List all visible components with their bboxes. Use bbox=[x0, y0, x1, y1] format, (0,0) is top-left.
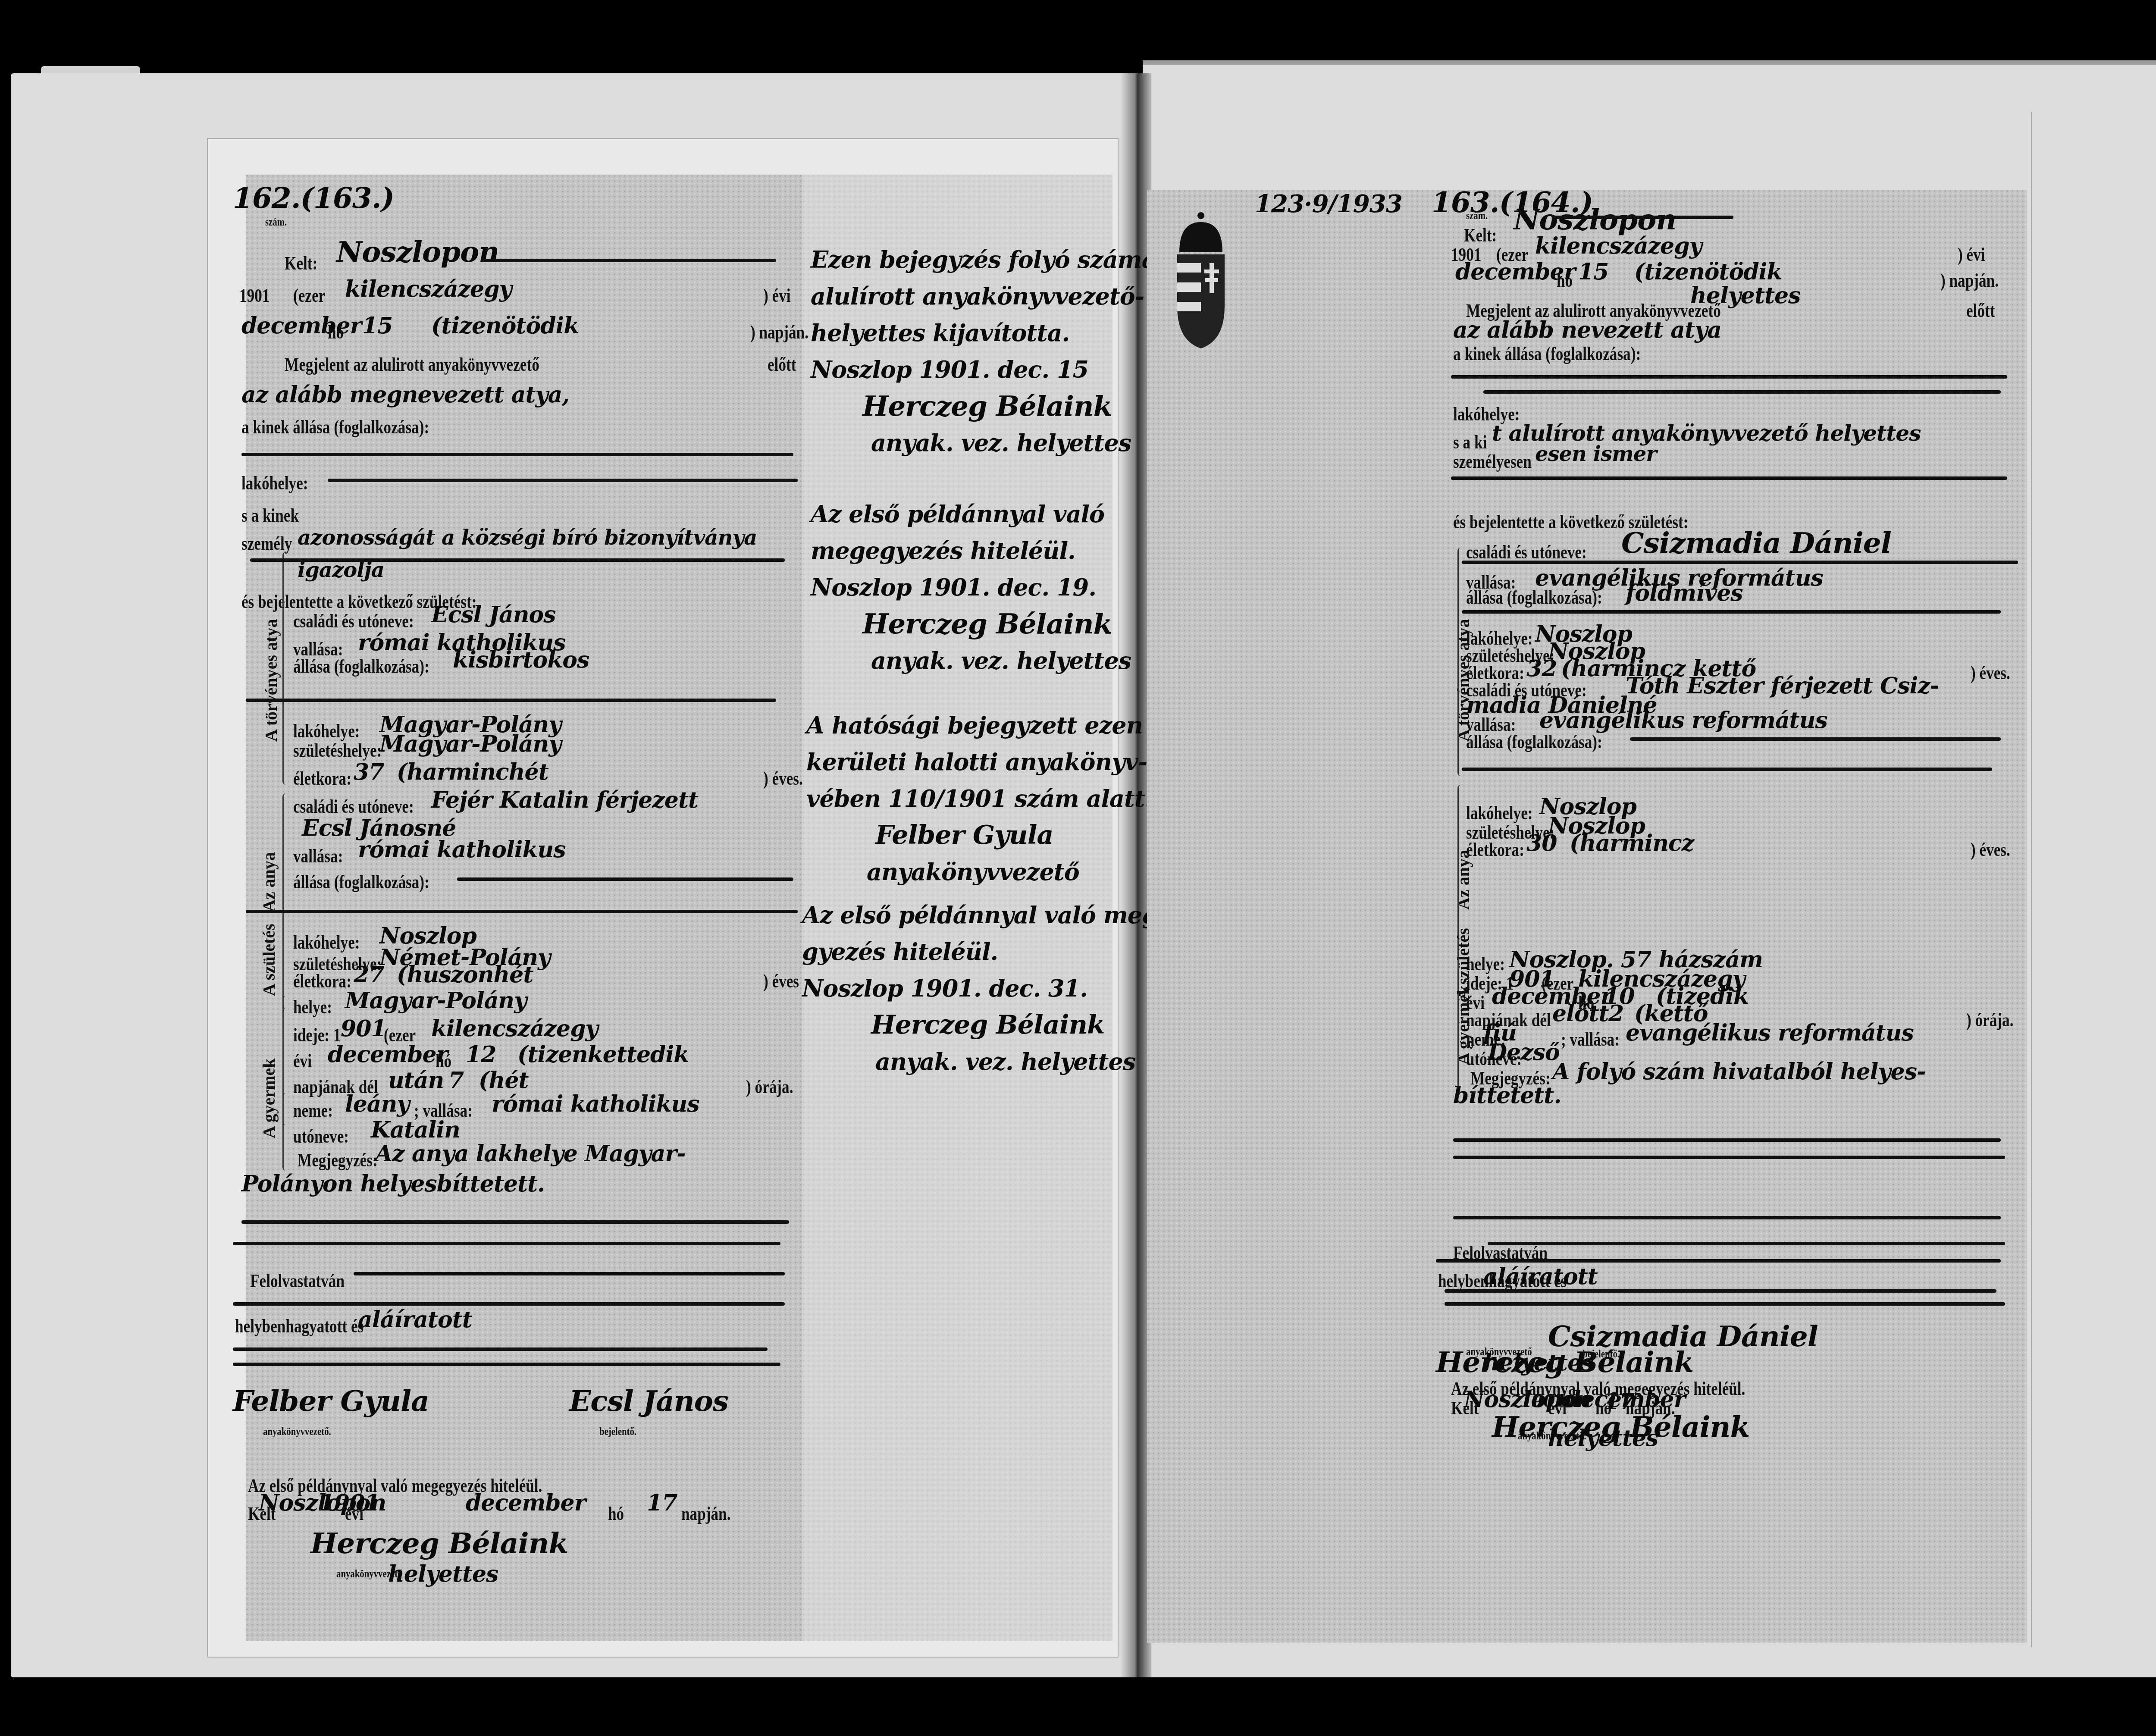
father-eves-label: ) éves. bbox=[763, 768, 803, 790]
cert-day: 17 bbox=[647, 1490, 677, 1516]
mother-age: 27 bbox=[354, 962, 384, 988]
cert-evi-label: évi bbox=[345, 1503, 364, 1525]
napjan-label: ) napján. bbox=[1940, 269, 1999, 291]
szemely-label: személyesen bbox=[1453, 451, 1532, 473]
father-name: Ecsl János bbox=[431, 602, 556, 628]
father-name-label: családi és utóneve: bbox=[293, 610, 414, 632]
child-religion-label: ; vallása: bbox=[1561, 1028, 1620, 1050]
kelt-label: Kelt: bbox=[285, 252, 317, 274]
elott-label: előtt bbox=[768, 354, 796, 376]
birth-place: Magyar-Polány bbox=[345, 987, 526, 1014]
birth-year: 901 bbox=[341, 1015, 386, 1042]
allasa-label: a kinek állása (foglalkozása): bbox=[1453, 343, 1641, 365]
mother-age-label: életkora: bbox=[293, 970, 351, 992]
mother-eves-label: ) éves. bbox=[1971, 839, 2010, 861]
birth-month: december bbox=[328, 1041, 448, 1068]
mother-eves-label: ) éves bbox=[763, 970, 799, 992]
father-birthplace: Magyar-Polány bbox=[379, 731, 561, 757]
mother-age-words: (huszonhét bbox=[397, 962, 533, 988]
informant-label: bejelentő. bbox=[599, 1425, 636, 1438]
cert-ho-label: hó bbox=[608, 1503, 624, 1525]
mother-name-label: családi és utóneve: bbox=[293, 796, 414, 818]
margin-note-4: Az első példánnyal való mege-gyezés hite… bbox=[802, 897, 1181, 1080]
mother-occupation-label: állása (foglalkozása): bbox=[293, 871, 429, 893]
father-residence-label: lakóhelye: bbox=[293, 720, 360, 742]
helyben-label: helybenhagyatott és bbox=[235, 1315, 364, 1337]
day-words: (tizenötödik bbox=[431, 313, 579, 339]
mother-name: Tóth Eszter férjezett Csiz- bbox=[1626, 673, 1939, 699]
remark-label: Megjegyzés: bbox=[298, 1149, 378, 1171]
birth-day: 12 bbox=[466, 1041, 496, 1068]
year-words: kilencszázegy bbox=[1535, 233, 1702, 259]
remark-text: Az anya lakhelye Magyar- bbox=[375, 1141, 686, 1167]
birth-dayperiod: előtt bbox=[1552, 1000, 1609, 1027]
remark-text-line2: Polányon helyesbíttetett. bbox=[241, 1171, 545, 1197]
mother-age-words: (harmincz bbox=[1570, 830, 1694, 856]
kelt-place: Noszlopon bbox=[336, 235, 499, 269]
birth-dayperiod: után bbox=[388, 1067, 444, 1094]
birth-section-label: A születés bbox=[259, 924, 279, 996]
day: 15 bbox=[1578, 259, 1608, 285]
informant-signature: Ecsl János bbox=[569, 1384, 728, 1418]
margin-note-1-signature: Herczeg Bélaink bbox=[811, 388, 1167, 425]
remark-text-line2: bíttetett. bbox=[1453, 1082, 1561, 1109]
right-sheet-edge bbox=[2031, 112, 2032, 1647]
helyben-value: aláíratott bbox=[1483, 1263, 1598, 1290]
ezer-label: (ezer bbox=[293, 285, 325, 307]
birth-oraja-label: ) órája. bbox=[1966, 1009, 2013, 1031]
birth-place-label: helye: bbox=[293, 996, 332, 1018]
megjelent-role: helyettes bbox=[1690, 282, 1800, 309]
archive-reference: 123·9/1933 bbox=[1255, 190, 1402, 218]
evi-label: ) évi bbox=[1958, 244, 1985, 266]
margin-note-2-signature: Herczeg Bélaink bbox=[811, 606, 1131, 642]
child-sex-label: neme: bbox=[293, 1100, 333, 1122]
cert-napjan-label: napján. bbox=[681, 1503, 730, 1525]
child-section-label: A gyermek bbox=[259, 1058, 279, 1138]
coat-of-arms-icon bbox=[1175, 211, 1257, 349]
registrar-label: anyakönyvvezető. bbox=[263, 1425, 331, 1438]
mother-residence-label: lakóhelye: bbox=[1466, 802, 1532, 824]
megjelent-label: Megjelent az alulirott anyakönyvvezető bbox=[285, 354, 539, 376]
margin-note-3: A hatósági bejegyzett ezenkerületi halot… bbox=[806, 707, 1153, 890]
mother-religion: evangélikus református bbox=[1539, 707, 1827, 733]
birth-hour: 7 bbox=[448, 1067, 464, 1094]
birth-oraja-label: ) órája. bbox=[746, 1076, 793, 1098]
felolvastatvan-label: Felolvastatván bbox=[250, 1270, 345, 1292]
ho-label: hó bbox=[328, 321, 344, 343]
father-eves-label: ) éves. bbox=[1971, 662, 2010, 684]
szam-label: szám. bbox=[1466, 209, 1488, 222]
cert-signature-role: helyettes bbox=[1548, 1425, 1658, 1451]
appeared-person: az alább nevezett atya bbox=[1453, 317, 1721, 343]
szam-label: szám. bbox=[265, 216, 287, 229]
kelt-label: Kelt: bbox=[1464, 224, 1497, 246]
mother-age: 30 bbox=[1526, 830, 1557, 856]
father-name-label: családi és utóneve: bbox=[1466, 541, 1587, 563]
cert-month: december bbox=[466, 1490, 586, 1516]
father-name: Csizmadia Dániel bbox=[1621, 526, 1891, 560]
registrar-signature: Felber Gyula bbox=[233, 1384, 429, 1418]
mother-age-label: életkora: bbox=[1466, 839, 1524, 861]
mother-occupation-label: állása (foglalkozása): bbox=[1466, 731, 1602, 753]
year-words: kilencszázegy bbox=[345, 276, 512, 302]
child-given-name: Dezső bbox=[1488, 1039, 1560, 1065]
birth-place-label: helye: bbox=[1466, 953, 1505, 975]
evi-label: ) évi bbox=[763, 285, 791, 307]
mother-religion-label: vallása: bbox=[293, 845, 343, 867]
registrar-role: helyettes bbox=[1483, 1350, 1593, 1376]
ho-label: hó bbox=[1557, 269, 1573, 291]
father-birthplace-label: születéshelye: bbox=[293, 740, 382, 761]
sakinek-label: s a ki bbox=[1453, 431, 1487, 453]
entry-number: 162.(163.) bbox=[233, 181, 394, 215]
lakohelye-label: lakóhelye: bbox=[241, 472, 308, 494]
child-religion: evangélikus református bbox=[1626, 1020, 1914, 1046]
margin-note-4-signature: Herczeg Bélaink bbox=[802, 1007, 1181, 1043]
father-occupation-label: állása (foglalkozása): bbox=[1466, 586, 1602, 608]
father-occupation: földmíves bbox=[1626, 580, 1743, 606]
father-age: 32 bbox=[1526, 655, 1557, 682]
helyben-value: aláíratott bbox=[358, 1307, 472, 1333]
child-sex: leány bbox=[345, 1091, 410, 1117]
father-age: 37 bbox=[354, 759, 384, 785]
napjan-label: ) napján. bbox=[750, 321, 808, 343]
birth-year-words: kilencszázegy bbox=[431, 1015, 598, 1042]
elott-label: előtt bbox=[1966, 300, 1995, 322]
informant-label: bejelentő. bbox=[1583, 1347, 1620, 1360]
birth-hour-words: (hét bbox=[479, 1067, 529, 1094]
cert-signature-role: helyettes bbox=[388, 1561, 498, 1587]
remark-text: A folyó szám hivatalból helyes- bbox=[1552, 1059, 1926, 1085]
cert-signature: Herczeg Bélaink bbox=[310, 1526, 568, 1560]
father-occupation-label: állása (foglalkozása): bbox=[293, 655, 429, 677]
day: 15 bbox=[362, 313, 392, 339]
father-section-label: A törvényes atya bbox=[261, 619, 281, 742]
margin-note-3-signature: Felber Gyula bbox=[806, 817, 1153, 854]
sakinek-label: s a kinek bbox=[241, 505, 299, 526]
identity-text: azonosságát a községi bíró bizonyítványa… bbox=[298, 522, 793, 586]
birth-evi-label: évi bbox=[293, 1050, 312, 1072]
father-age-label: életkora: bbox=[293, 768, 351, 790]
mother-religion: római katholikus bbox=[358, 837, 566, 863]
child-religion: római katholikus bbox=[492, 1091, 699, 1117]
szemely-label: személy bbox=[241, 533, 292, 555]
mother-name: Fejér Katalin férjezett bbox=[431, 787, 698, 813]
allasa-label: a kinek állása (foglalkozása): bbox=[241, 416, 429, 438]
mother-residence-label: lakóhelye: bbox=[293, 931, 360, 953]
child-given-label: utóneve: bbox=[293, 1125, 349, 1147]
margin-note-2: Az első példánnyal valómegegyezés hitelé… bbox=[811, 496, 1131, 679]
kelt-place: Noszlopon bbox=[1514, 203, 1676, 236]
identity-text-line2: esen ismer bbox=[1535, 442, 1657, 466]
mother-section-label: Az anya bbox=[259, 852, 279, 912]
birth-day-words: (tizenkettedik bbox=[517, 1041, 689, 1068]
birth-hour: 2 bbox=[1608, 1000, 1623, 1027]
father-occupation: kisbirtokos bbox=[453, 647, 589, 673]
year-prefix: 1901 bbox=[239, 285, 269, 307]
child-given-name: Katalin bbox=[371, 1117, 460, 1143]
appeared-person: az alább megnevezett atya, bbox=[241, 382, 569, 408]
father-age-words: (harminchét bbox=[397, 759, 548, 785]
day-words: (tizenötödik bbox=[1634, 259, 1782, 285]
margin-note-1: Ezen bejegyzés folyó számátalulírott any… bbox=[811, 241, 1167, 461]
